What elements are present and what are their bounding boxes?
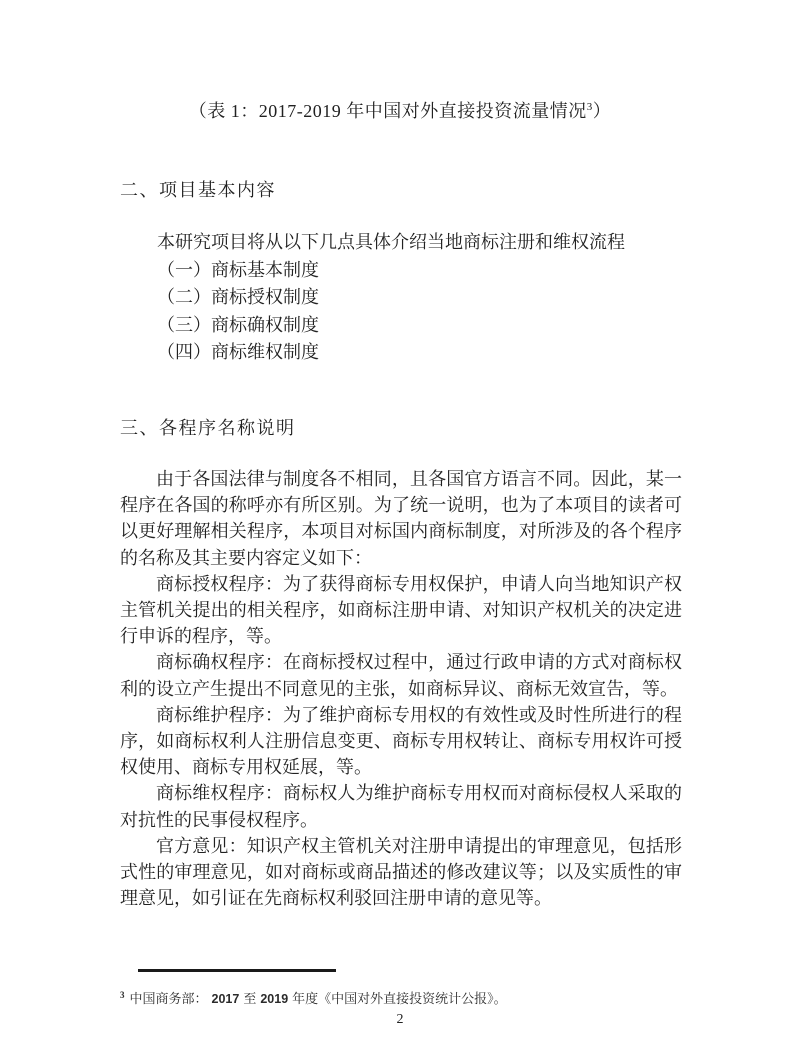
list-item-1: （一）商标基本制度 — [120, 257, 685, 285]
paragraph-trademark-confirmation: 商标确权程序：在商标授权过程中，通过行政申请的方式对商标权利的设立产生提出不同意… — [120, 649, 682, 701]
section3-body: 由于各国法律与制度各不相同，且各国官方语言不同。因此，某一程序在各国的称呼亦有所… — [120, 466, 682, 911]
list-item-4: （四）商标维权制度 — [120, 339, 685, 367]
table-caption-text: （表 1：2017-2019 年中国对外直接投资流量情况 — [189, 101, 587, 121]
table-caption: （表 1：2017-2019 年中国对外直接投资流量情况3） — [0, 97, 800, 123]
paragraph-trademark-maintenance: 商标维护程序：为了维护商标专用权的有效性或及时性所进行的程序，如商标权利人注册信… — [120, 702, 682, 781]
footnote-connector: 至 — [243, 991, 256, 1006]
section2-body: 本研究项目将从以下几点具体介绍当地商标注册和维权流程 （一）商标基本制度 （二）… — [120, 229, 685, 367]
footnote-separator — [138, 969, 336, 972]
paragraph-official-opinion: 官方意见：知识产权主管机关对注册申请提出的审理意见，包括形式性的审理意见，如对商… — [120, 833, 682, 912]
document-page: （表 1：2017-2019 年中国对外直接投资流量情况3） 二、项目基本内容 … — [0, 0, 800, 1047]
section-heading-2: 二、项目基本内容 — [120, 176, 276, 202]
paragraph-trademark-authorization: 商标授权程序：为了获得商标专用权保护，申请人向当地知识产权主管机关提出的相关程序… — [120, 571, 682, 650]
footnote-year-to: 2019 — [260, 992, 288, 1006]
paragraph-trademark-enforcement: 商标维权程序：商标权人为维护商标专用权而对商标侵权人采取的对抗性的民事侵权程序。 — [120, 780, 682, 832]
paragraph-definitions-intro: 由于各国法律与制度各不相同，且各国官方语言不同。因此，某一程序在各国的称呼亦有所… — [120, 466, 682, 571]
footnote-text-before: 中国商务部： — [130, 991, 208, 1006]
section-heading-3: 三、各程序名称说明 — [120, 414, 296, 440]
list-item-3: （三）商标确权制度 — [120, 312, 685, 340]
table-caption-closing: ） — [593, 101, 612, 121]
footnote-year-from: 2017 — [212, 992, 240, 1006]
footnote-marker: 3 — [120, 990, 125, 1000]
footnote: 3中国商务部：2017至2019年度《中国对外直接投资统计公报》。 — [120, 988, 685, 1007]
list-item-2: （二）商标授权制度 — [120, 284, 685, 312]
footnote-text-after: 年度《中国对外直接投资统计公报》。 — [292, 991, 507, 1006]
page-number: 2 — [0, 1012, 800, 1028]
section2-intro: 本研究项目将从以下几点具体介绍当地商标注册和维权流程 — [120, 229, 685, 257]
